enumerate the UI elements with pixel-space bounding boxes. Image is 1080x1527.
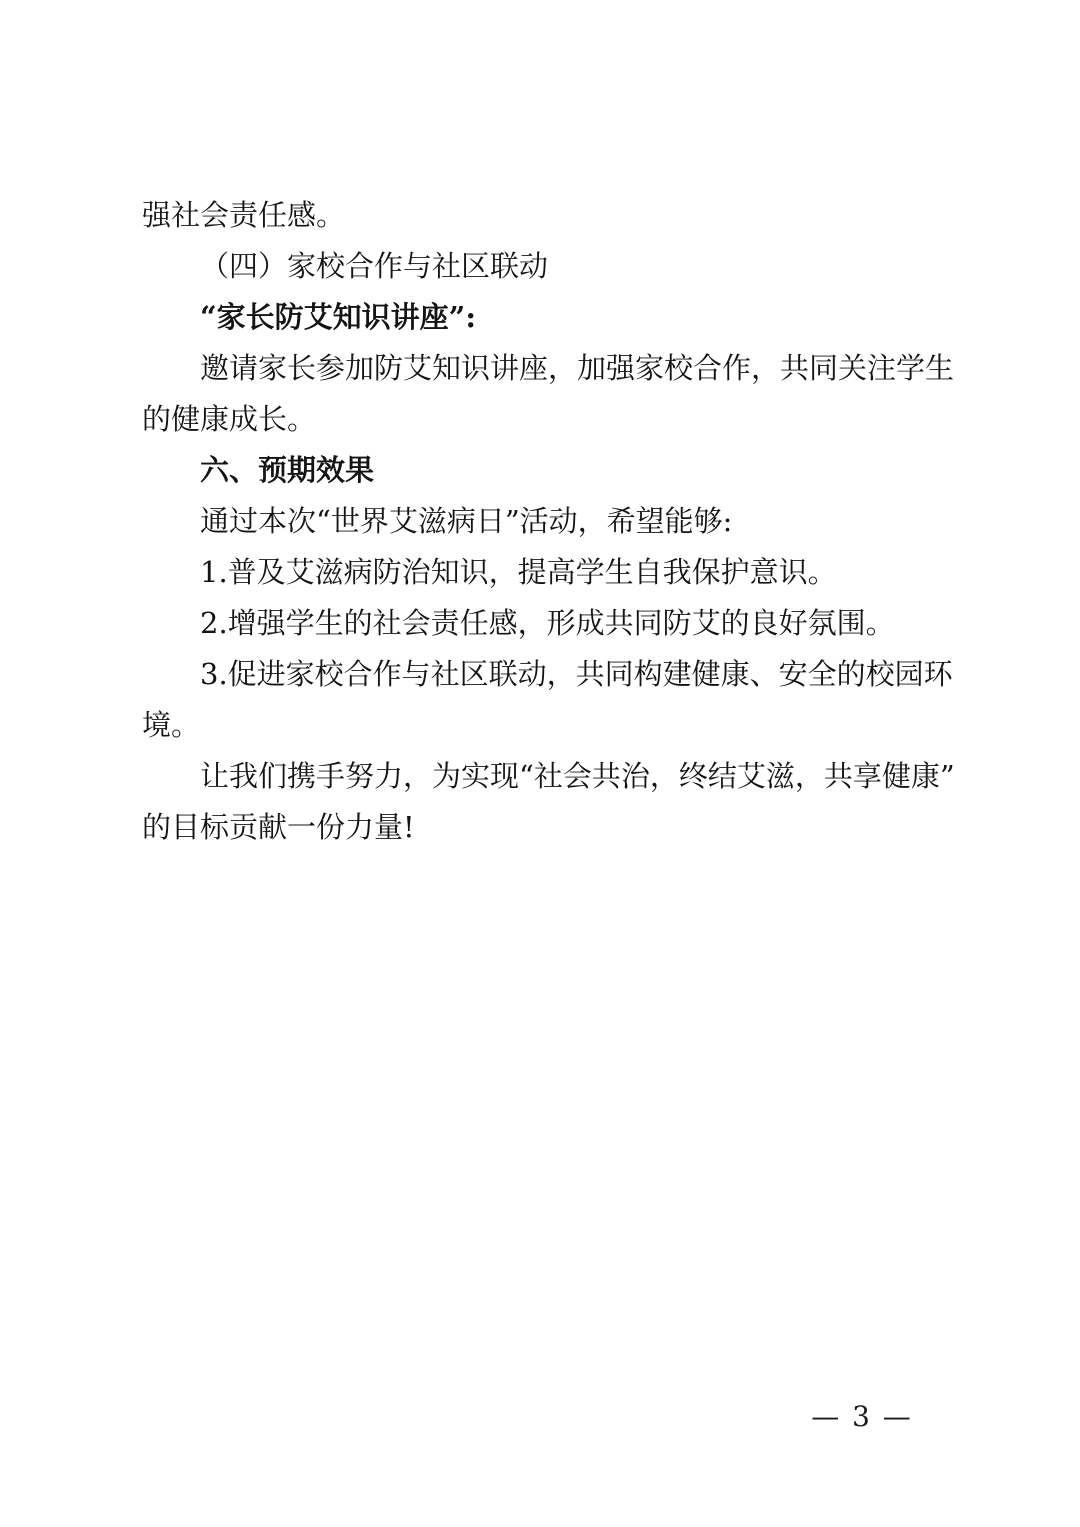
parent-lecture-title-heading: “家长防艾知识讲座”: [142,292,954,343]
closing-appeal-line-2: 的目标贡献一份力量! [142,802,954,853]
closing-appeal-line-1: 让我们携手努力，为实现“社会共治，终结艾滋，共享健康” [142,751,954,802]
expected-results-intro-line: 通过本次“世界艾滋病日”活动，希望能够: [142,496,954,547]
lecture-paragraph-line-1: 邀请家长参加防艾知识讲座，加强家校合作，共同关注学生 [142,343,954,394]
page-number: — 3 — [762,1400,962,1433]
document-body: 强社会责任感。 （四）家校合作与社区联动 “家长防艾知识讲座”: 邀请家长参加防… [142,190,954,853]
paragraph-continuation-line: 强社会责任感。 [142,190,954,241]
document-page: 强社会责任感。 （四）家校合作与社区联动 “家长防艾知识讲座”: 邀请家长参加防… [0,0,1080,1527]
expected-result-item-2: 2.增强学生的社会责任感，形成共同防艾的良好氛围。 [142,598,954,649]
expected-result-item-3-line-2: 境。 [142,700,954,751]
section-6-heading: 六、预期效果 [142,445,954,496]
lecture-paragraph-line-2: 的健康成长。 [142,394,954,445]
expected-result-item-1: 1.普及艾滋病防治知识，提高学生自我保护意识。 [142,547,954,598]
expected-result-item-3-line-1: 3.促进家校合作与社区联动，共同构建健康、安全的校园环 [142,649,954,700]
subsection-4-heading: （四）家校合作与社区联动 [142,241,954,292]
